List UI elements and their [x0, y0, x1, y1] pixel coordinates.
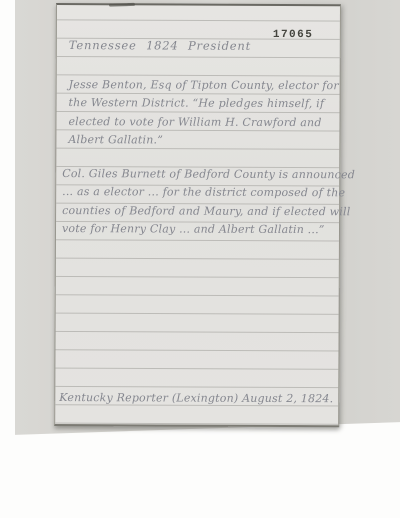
- handwriting-line: Jesse Benton, Esq of Tipton County, elec…: [69, 76, 339, 96]
- handwriting-line: the Western District. “He pledges himsel…: [69, 94, 339, 114]
- handwriting-line: ... as a elector ... for the district co…: [62, 183, 355, 203]
- citation-line: Kentucky Reporter (Lexington) August 2, …: [59, 391, 333, 405]
- index-card: 17065 Tennessee 1824 President Jesse Ben…: [54, 3, 341, 427]
- note-title: Tennessee 1824 President: [69, 38, 251, 53]
- paragraph-jesse-benton: Jesse Benton, Esq of Tipton County, elec…: [68, 76, 338, 150]
- paragraph-giles-burnett: Col. Giles Burnett of Bedford County is …: [62, 165, 355, 240]
- handwriting-line: vote for Henry Clay ... and Albert Galla…: [62, 220, 355, 240]
- scanned-page: 17065 Tennessee 1824 President Jesse Ben…: [0, 0, 400, 518]
- stamp-number: 17065: [273, 29, 314, 41]
- handwriting-line: counties of Bedford and Maury, and if el…: [62, 202, 355, 222]
- handwriting-line: Albert Gallatin.”: [68, 131, 338, 151]
- handwriting-line: elected to vote for William H. Crawford …: [68, 113, 338, 133]
- handwriting-line: Col. Giles Burnett of Bedford County is …: [62, 165, 355, 185]
